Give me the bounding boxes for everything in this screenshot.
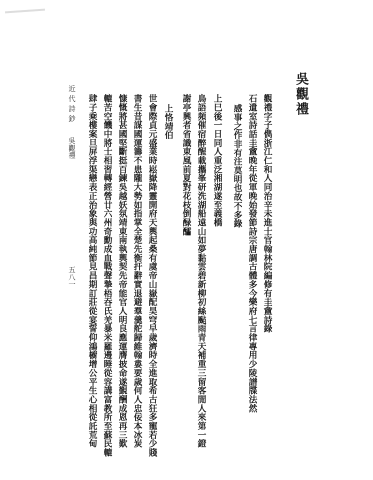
poet-title: 吳觀禮 bbox=[291, 72, 310, 117]
footer-author: 吳觀禮 bbox=[67, 137, 77, 159]
text-column-8: 世會際貞元盛業時崧嶽降靈開府天輿起桑有虞帝山嶽配昊穹早歲濟時全進取希古狂多寵若少… bbox=[147, 94, 157, 457]
page-number: 五八一 bbox=[67, 266, 77, 288]
text-column-4: 上巳後一日同人重泛湘湖遂至義橋 bbox=[212, 94, 222, 227]
text-column-5: 鳥語頻催宿醉醒載攜峯研洗湖船遠山如夢黏雲碧新柳初絲颭雨青天補重三留客閒人來第一鐙 bbox=[196, 94, 206, 448]
text-column-3: 感事之作非有注莫明也故不多錄 bbox=[232, 104, 242, 228]
text-column-12: 肆子乘樓案旦屏浮渠戀表正治象與功高純節見昌期訂莊從宴誓仰鴻櫥增公平生心相從託荒甸 bbox=[87, 94, 97, 448]
text-column-6: 謝亭興者省識東風前夏對花枝倒醁醽 bbox=[181, 94, 191, 236]
text-column-1: 觀禮字子儁浙江仁和人同治辛未進士官翰林院編修有圭盦詩錄 bbox=[262, 94, 272, 333]
text-column-7: 上恪靖伯 bbox=[163, 104, 173, 139]
text-column-10: 慷慨將甚國堅斷挺百鍊吳越妖氛靖東南執輿契先帝能官人明良應運膺披命遂覲酬成恩再三歎 bbox=[117, 94, 127, 448]
text-column-2: 石遺室詩話圭盦晚年從軍晚始發節詩宗唐調古體多今樂府七言律專用少陵譜牒法然 bbox=[247, 94, 257, 413]
scan-smudge bbox=[5, 9, 45, 14]
footer-book-title: 近代詩鈔 bbox=[67, 85, 77, 125]
text-column-9: 書生昔謀國運籌不患隴大勢如指掌全楚先衡扞辭實退避羣羹舵歸維翰婁要歲何人忠佞本冰炭 bbox=[132, 94, 142, 448]
text-column-11: 轆苦空饑中將士相習轉經營廿六州奇勳成血戰聲摯梧吞氏羌暴米羅邊睡從容講富教所至蘇民… bbox=[102, 94, 112, 457]
